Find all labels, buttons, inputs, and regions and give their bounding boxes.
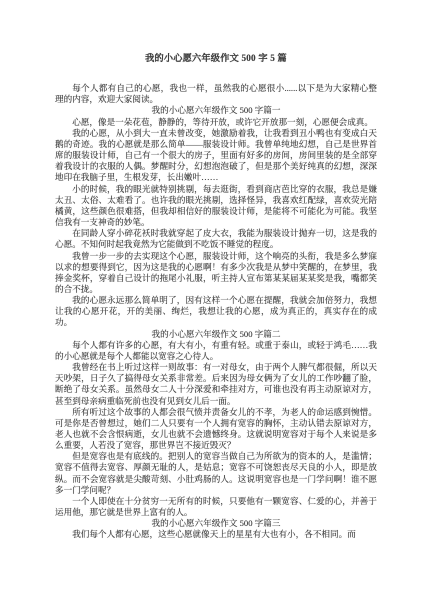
section-heading-1: 我的小心愿六年级作文 500 字篇一 xyxy=(55,105,377,116)
section-heading-3: 我的小心愿六年级作文 500 字篇三 xyxy=(55,518,377,529)
essay-paragraph: 小的时候，我的眼光就特别挑剔，每去逛街，看到商店芭比穿的衣服，我总是嫌太丑、太俗… xyxy=(55,184,377,229)
essay-paragraph: 每个人都有许多的心愿，有大有小，有重有轻。或重于泰山，或轻于鸿毛……我的小心愿就… xyxy=(55,340,377,362)
essay-paragraph: 心愿，像是一朵花苞，静静的，等待开放，或许它开放那一刻，心愿便会成真。 xyxy=(55,117,377,128)
document-page: 我的小心愿六年级作文 500 字 5 篇 每个人都有自己的心愿，我也一样，虽然我… xyxy=(0,0,423,600)
essay-paragraph: 但是宽容也是有底线的。把别人的宽容当做自己为所欲为的资本的人，是滥情；宽容不值得… xyxy=(55,451,377,496)
essay-paragraph: 我曾经在书上听过这样一则故事：有一对母女，由于两个人脾气都很倔，所以天天吵架，日… xyxy=(55,362,377,407)
essay-paragraph: 一个人即使在十分贫穷一无所有的时候，只要他有一颗宽容、仁爱的心，并善于运用他，那… xyxy=(55,496,377,518)
essay-paragraph: 我的心愿，从小到大一直未曾改变，她激励着我，让我看到丑小鸭也有变成白天鹅的奇迹。… xyxy=(55,128,377,184)
document-title: 我的小心愿六年级作文 500 字 5 篇 xyxy=(55,53,377,64)
section-heading-2: 我的小心愿六年级作文 500 字篇二 xyxy=(55,329,377,340)
essay-paragraph: 每个人都有自己的心愿，我也一样，虽然我的心愿很小......以下是为大家精心整理… xyxy=(55,83,377,105)
essay-paragraph: 所有听过这个故事的人都会很气愤并责备女儿的不孝，为老人的命运感到惋惜。可是你是否… xyxy=(55,407,377,452)
essay-paragraph: 我曾一步一步的去实现这个心愿，服装设计师，这个响亮的头衔，我是多么梦寐以求的想要… xyxy=(55,251,377,296)
essay-paragraph: 我的心愿永远那么简单明了，因有这样一个心愿在提醒，我就会加倍努力，我想让我的心愿… xyxy=(55,295,377,328)
essay-paragraph: 在同龄人穿小碎花袄时我就穿起了皮大衣，我能为服装设计抛弃一切，这是我的心愿。不知… xyxy=(55,228,377,250)
essay-paragraph: 我们每个人都有心愿，这些心愿就像天上的星星有大也有小，各不相同。而 xyxy=(55,529,377,540)
